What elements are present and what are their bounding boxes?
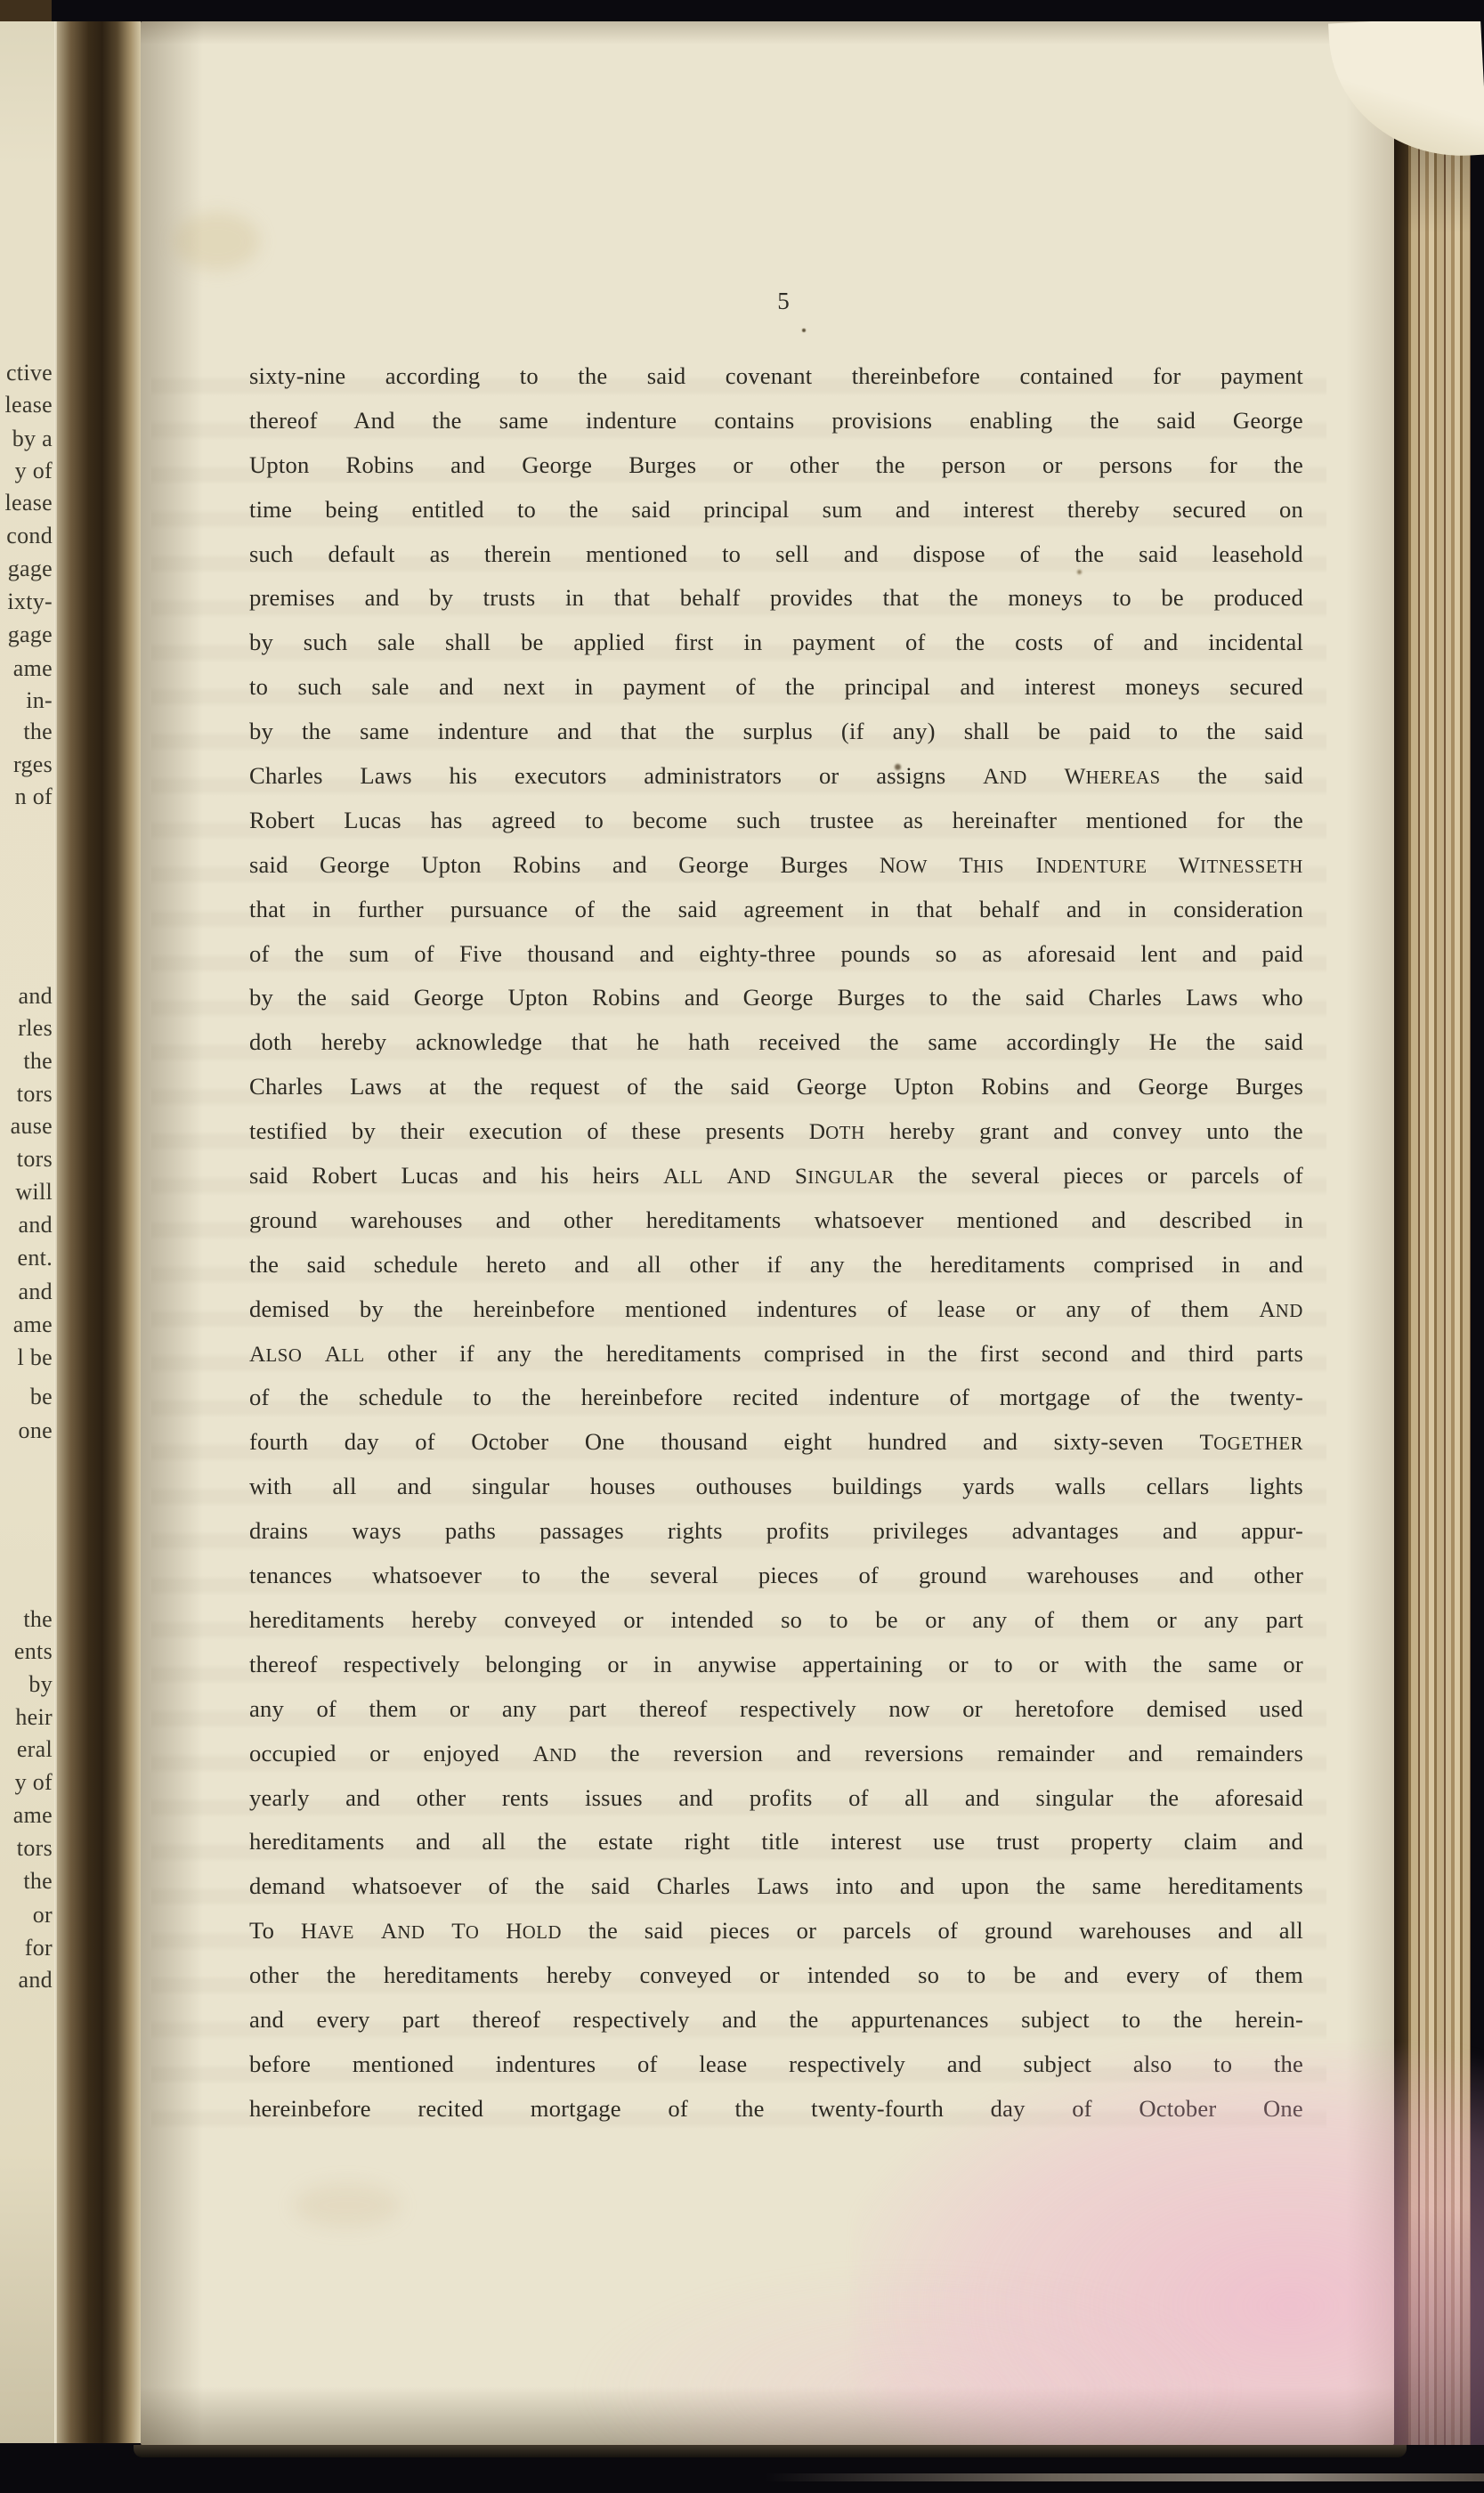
margin-fragment: tors: [17, 1083, 53, 1106]
margin-fragment: and: [19, 1969, 53, 1992]
book-spine-corner: [0, 0, 52, 21]
margin-fragment: tors: [17, 1837, 53, 1860]
text-line: ground warehouses and other hereditament…: [249, 1198, 1303, 1243]
text-line: premises and by trusts in that behalf pr…: [249, 576, 1303, 621]
text-line: thereof respectively belonging or in any…: [249, 1643, 1303, 1687]
margin-fragment: cond: [6, 524, 53, 548]
book-bottom-edge-highlight: [766, 2473, 1484, 2481]
text-line: demand whatsoever of the said Charles La…: [249, 1864, 1303, 1909]
text-line: with all and singular houses outhouses b…: [249, 1465, 1303, 1509]
text-line: hereditaments and all the estate right t…: [249, 1820, 1303, 1864]
page-number: 5: [730, 288, 837, 315]
margin-fragment: rles: [18, 1017, 53, 1040]
text-line: thereof And the same indenture contains …: [249, 399, 1303, 443]
scanner-background-top: [0, 0, 1484, 21]
margin-fragment: the: [23, 720, 53, 743]
text-line: of the schedule to the hereinbefore reci…: [249, 1376, 1303, 1420]
margin-fragment: in-: [26, 689, 53, 712]
page-top-shadow: [141, 21, 1394, 45]
text-block: sixty-nine according to the said covenan…: [249, 354, 1303, 2132]
text-line: doth hereby acknowledge that he hath rec…: [249, 1020, 1303, 1065]
text-line: other the hereditaments hereby conveyed …: [249, 1953, 1303, 1998]
text-line: Upton Robins and George Burges or other …: [249, 443, 1303, 488]
margin-fragment: ent.: [18, 1246, 53, 1270]
text-line: such default as therein mentioned to sel…: [249, 532, 1303, 577]
text-line: Robert Lucas has agreed to become such t…: [249, 799, 1303, 843]
text-line: by the same indenture and that the surpl…: [249, 710, 1303, 754]
margin-fragment: the: [23, 1870, 53, 1893]
text-line: occupied or enjoyed AND the reversion an…: [249, 1732, 1303, 1776]
margin-fragment: eral: [17, 1738, 53, 1761]
gutter-shadow: [57, 21, 141, 2443]
margin-fragment: ame: [13, 1313, 53, 1336]
text-line: fourth day of October One thousand eight…: [249, 1420, 1303, 1465]
margin-fragment: ctive: [6, 361, 53, 385]
margin-fragment: tors: [17, 1148, 53, 1171]
margin-fragment: for: [25, 1937, 53, 1960]
text-line: by the said George Upton Robins and Geor…: [249, 976, 1303, 1020]
margin-fragment: be: [30, 1385, 53, 1409]
paper-stain: [174, 212, 260, 271]
margin-fragment: the: [23, 1050, 53, 1073]
text-line: to such sale and next in payment of the …: [249, 665, 1303, 710]
margin-fragment: ause: [11, 1115, 53, 1138]
margin-fragment: and: [19, 985, 53, 1008]
text-line: demised by the hereinbefore mentioned in…: [249, 1287, 1303, 1332]
margin-fragment: rges: [13, 753, 53, 776]
margin-fragment: ixty-: [7, 590, 53, 613]
margin-fragment: ame: [13, 1804, 53, 1827]
text-line: and every part thereof respectively and …: [249, 1998, 1303, 2042]
text-line: any of them or any part thereof respecti…: [249, 1687, 1303, 1732]
text-line: Charles Laws at the request of the said …: [249, 1065, 1303, 1109]
paper-stain: [294, 2183, 401, 2228]
text-line: said George Upton Robins and George Burg…: [249, 843, 1303, 888]
margin-fragment: n of: [15, 785, 53, 808]
text-line: testified by their execution of these pr…: [249, 1109, 1303, 1154]
margin-fragment: lease: [5, 491, 53, 515]
margin-fragment: will: [15, 1181, 53, 1204]
book-scan: ctiveleaseby ay ofleasecondgageixty-gage…: [0, 0, 1484, 2493]
text-line: the said schedule hereto and all other i…: [249, 1243, 1303, 1287]
text-line: yearly and other rents issues and profit…: [249, 1776, 1303, 1821]
margin-fragment: by a: [12, 427, 53, 451]
text-line: sixty-nine according to the said covenan…: [249, 354, 1303, 399]
margin-fragment: ents: [14, 1640, 53, 1663]
margin-fragment: heir: [15, 1706, 53, 1729]
margin-fragment: and: [19, 1214, 53, 1237]
text-line: that in further pursuance of the said ag…: [249, 888, 1303, 932]
margin-fragment: and: [19, 1280, 53, 1303]
margin-fragment: l be: [18, 1346, 53, 1369]
margin-fragment: the: [23, 1608, 53, 1631]
text-line: time being entitled to the said principa…: [249, 488, 1303, 532]
margin-fragment: ame: [13, 657, 53, 680]
text-line: tenances whatsoever to the several piece…: [249, 1554, 1303, 1598]
margin-fragment: one: [19, 1419, 53, 1442]
text-line: hereditaments hereby conveyed or intende…: [249, 1598, 1303, 1643]
text-line: said Robert Lucas and his heirs ALL AND …: [249, 1154, 1303, 1198]
text-line: Charles Laws his executors administrator…: [249, 754, 1303, 799]
ink-speck: [1077, 570, 1082, 574]
text-line: by such sale shall be applied first in p…: [249, 621, 1303, 665]
margin-fragment: gage: [8, 557, 53, 581]
margin-fragment: gage: [8, 623, 53, 646]
ink-speck: [802, 329, 806, 332]
margin-fragment: lease: [5, 394, 53, 417]
text-line: To HAVE AND TO HOLD the said pieces or p…: [249, 1909, 1303, 1953]
margin-fragment: or: [33, 1904, 53, 1927]
ink-speck: [895, 764, 901, 770]
pink-scan-tint: [570, 2262, 1246, 2475]
text-line: ALSO ALL other if any the hereditaments …: [249, 1332, 1303, 1376]
margin-fragment: by: [28, 1673, 53, 1696]
adjacent-page-edge: ctiveleaseby ay ofleasecondgageixty-gage…: [0, 21, 57, 2443]
margin-fragment: y of: [15, 1771, 53, 1794]
book-bottom-edge: [134, 2445, 1407, 2457]
text-line: drains ways paths passages rights profit…: [249, 1509, 1303, 1554]
margin-fragment: y of: [15, 459, 53, 483]
text-line: of the sum of Five thousand and eighty-t…: [249, 932, 1303, 977]
